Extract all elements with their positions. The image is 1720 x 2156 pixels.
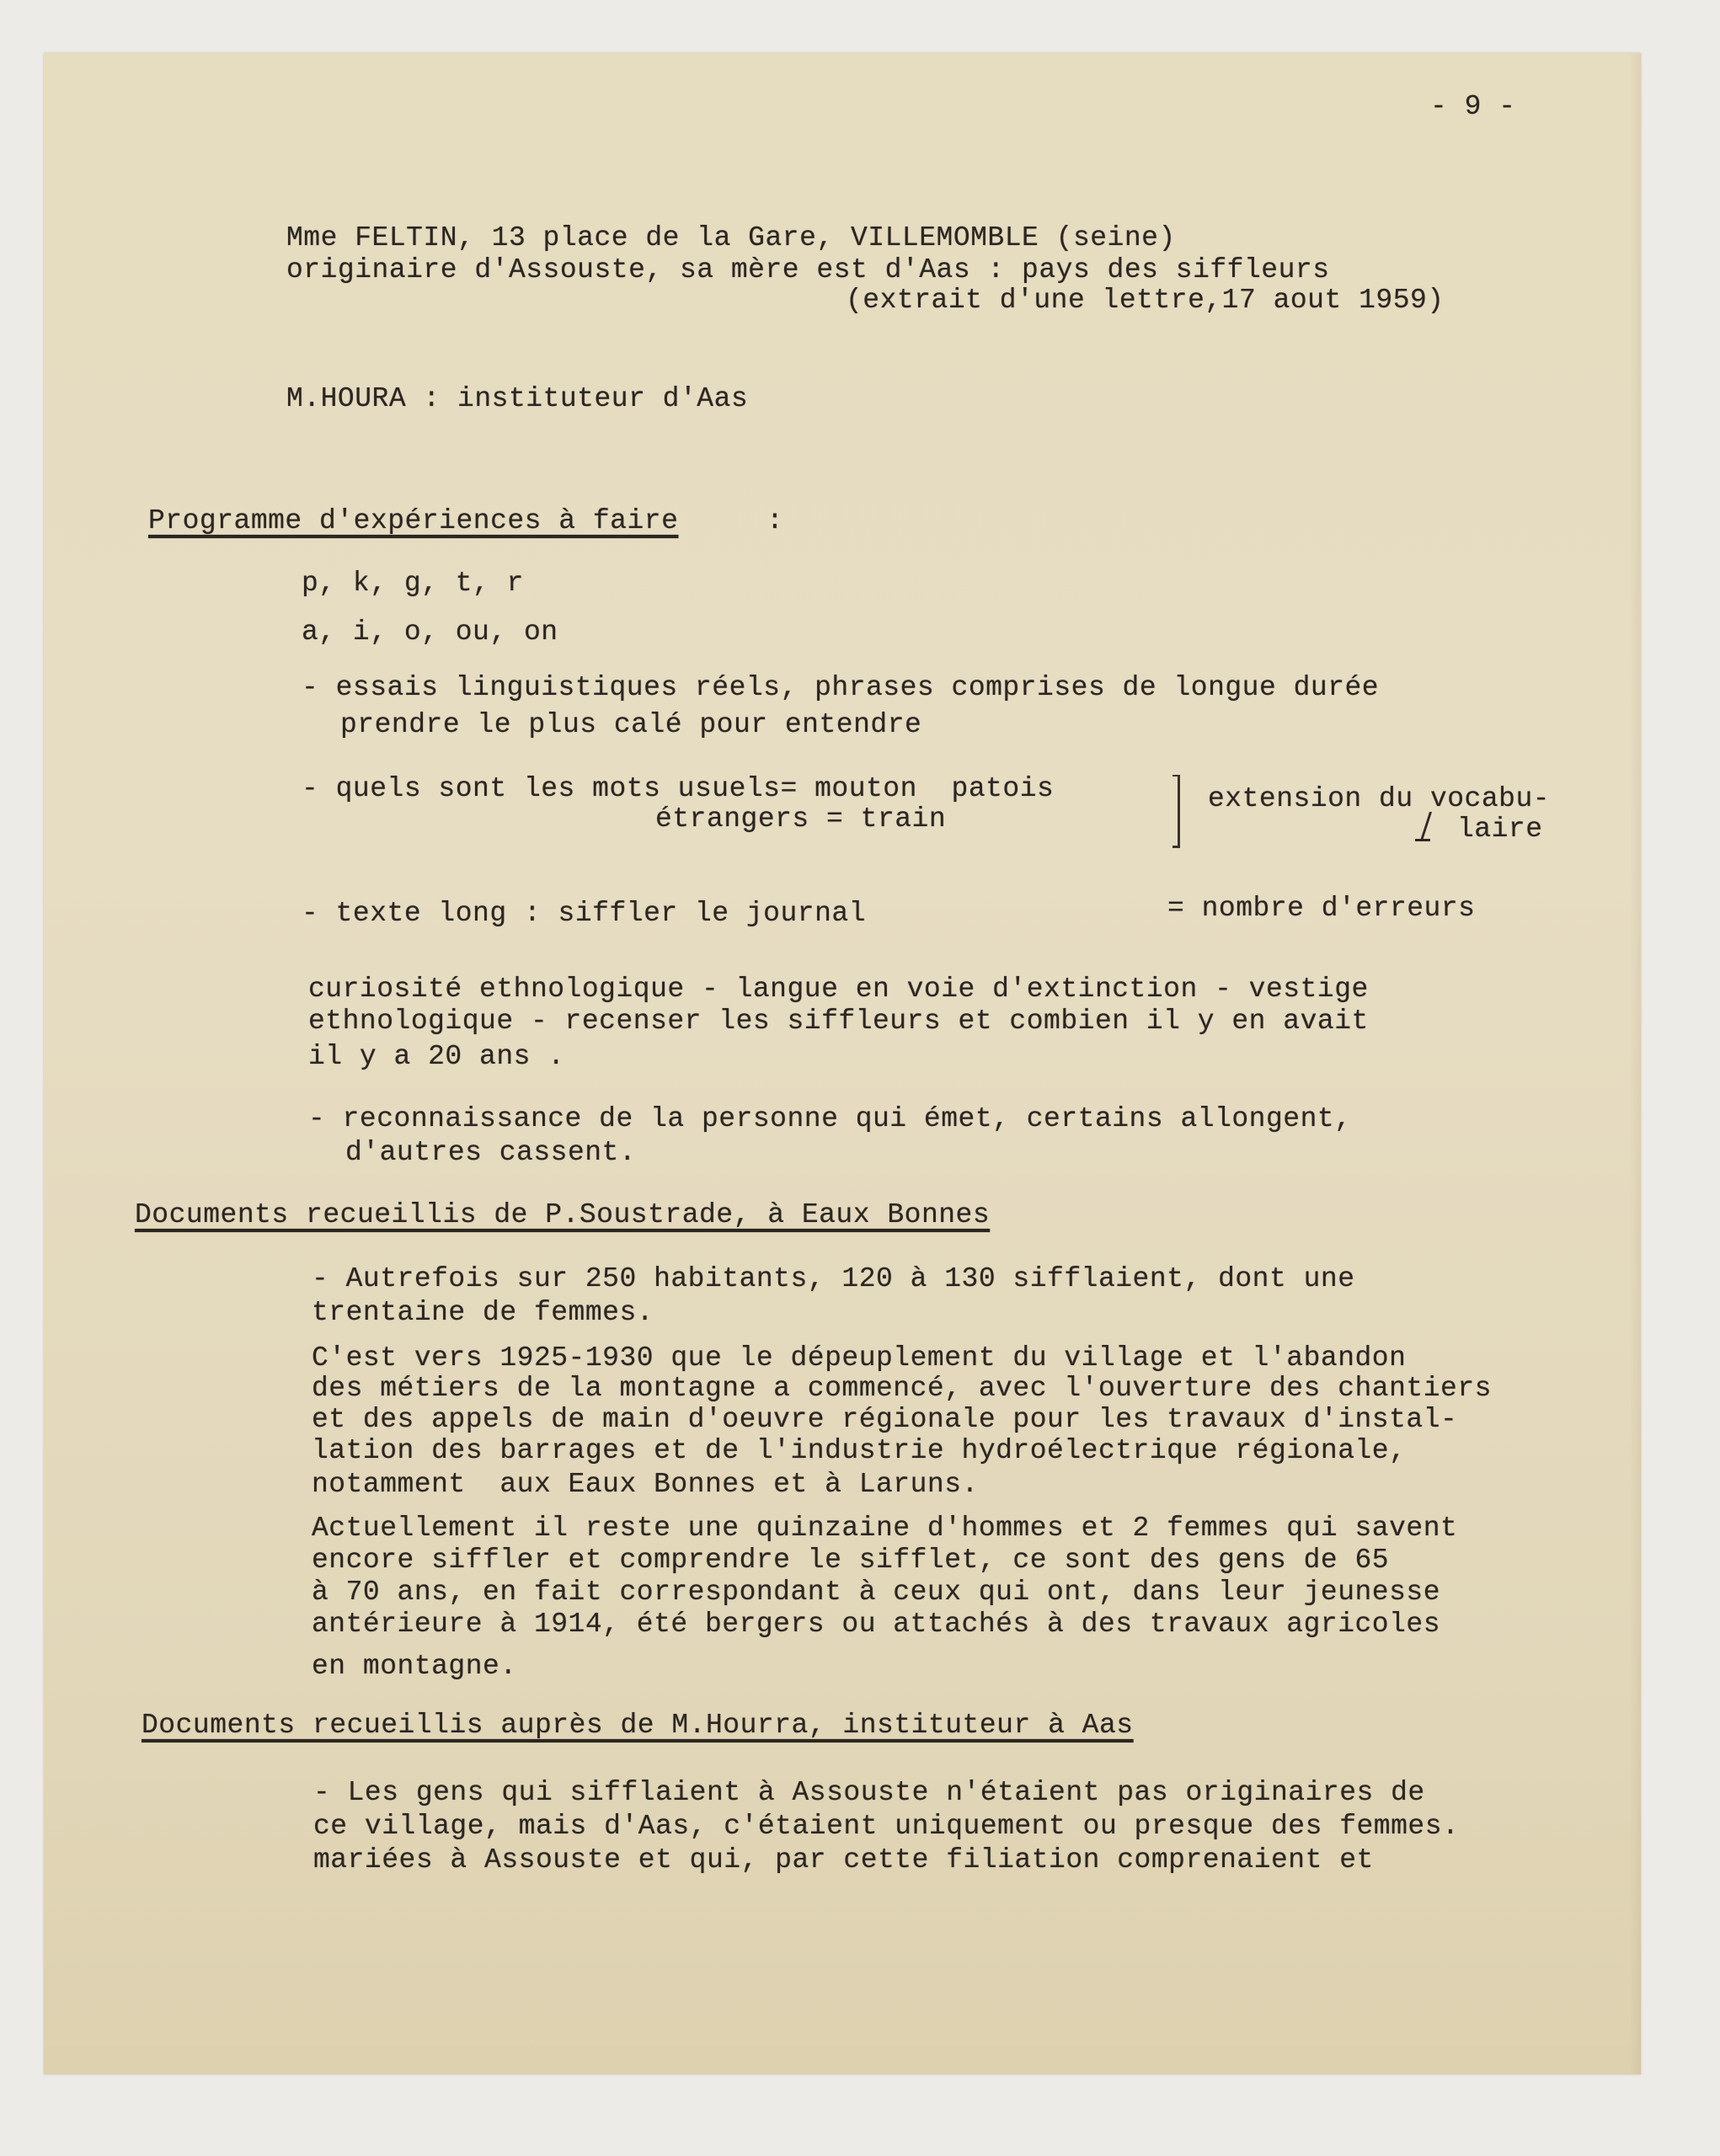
soustrade-p1-line-1: - Autrefois sur 250 habitants, 120 à 130… [312, 1263, 1355, 1295]
typewritten-page [44, 53, 1641, 2074]
programme-heading-colon: : [767, 505, 783, 537]
soustrade-p2-line-1: C'est vers 1925-1930 que le dépeuplement… [312, 1342, 1406, 1374]
address-line: Mme FELTIN, 13 place de la Gare, VILLEMO… [286, 222, 1176, 254]
ethnology-paragraph-line-2: ethnologique - recenser les siffleurs et… [308, 1006, 1369, 1038]
soustrade-p3-line-5: en montagne. [312, 1651, 517, 1683]
programme-item-4-line-2: d'autres cassent. [345, 1137, 636, 1169]
soustrade-p3-line-2: encore siffler et comprendre le sifflet,… [312, 1545, 1389, 1577]
hourra-heading: Documents recueillis auprès de M.Hourra,… [142, 1710, 1134, 1742]
programme-item-2-line-1: - quels sont les mots usuels= mouton pat… [302, 773, 1054, 805]
soustrade-p3-line-4: antérieure à 1914, été bergers ou attach… [312, 1609, 1440, 1641]
programme-item-2-line-2: étrangers = train [655, 803, 946, 835]
soustrade-p2-line-5: notamment aux Eaux Bonnes et à Laruns. [312, 1469, 979, 1501]
programme-item-2-note-line-1: extension du vocabu- [1208, 783, 1550, 815]
soustrade-p2-line-2: des métiers de la montagne a commencé, a… [312, 1373, 1492, 1405]
hourra-p1-line-2: ce village, mais d'Aas, c'étaient unique… [313, 1811, 1459, 1843]
page-number: - 9 - [1430, 91, 1516, 123]
soustrade-p3-line-1: Actuellement il reste une quinzaine d'ho… [312, 1513, 1457, 1545]
ethnology-paragraph-line-1: curiosité ethnologique - langue en voie … [308, 974, 1369, 1006]
soustrade-p1-line-2: trentaine de femmes. [312, 1297, 654, 1329]
programme-item-4-line-1: - reconnaissance de la personne qui émet… [308, 1103, 1352, 1135]
programme-item-1-line-1: - essais linguistiques réels, phrases co… [302, 672, 1379, 704]
programme-heading: Programme d'expériences à faire [148, 505, 678, 537]
vowels-list: a, i, o, ou, on [302, 616, 558, 648]
hourra-p1-line-1: - Les gens qui sifflaient à Assouste n'é… [313, 1777, 1425, 1809]
handwritten-angle-mark [1415, 814, 1430, 841]
hourra-p1-line-3: mariées à Assouste et qui, par cette fil… [313, 1844, 1374, 1876]
soustrade-p3-line-3: à 70 ans, en fait correspondant à ceux q… [312, 1577, 1440, 1609]
programme-item-3: - texte long : siffler le journal [302, 898, 866, 930]
programme-item-2-note-line-2: laire [1457, 814, 1543, 846]
source-line: (extrait d'une lettre,17 aout 1959) [846, 285, 1445, 317]
soustrade-heading: Documents recueillis de P.Soustrade, à E… [135, 1199, 990, 1231]
ethnology-paragraph-line-3: il y a 20 ans . [308, 1041, 565, 1073]
soustrade-p2-line-4: lation des barrages et de l'industrie hy… [312, 1435, 1406, 1467]
teacher-line: M.HOURA : instituteur d'Aas [286, 383, 748, 415]
origin-line: originaire d'Assouste, sa mère est d'Aas… [286, 254, 1330, 286]
consonants-list: p, k, g, t, r [302, 568, 524, 600]
bracket-mark [1172, 775, 1180, 848]
soustrade-p2-line-3: et des appels de main d'oeuvre régionale… [312, 1404, 1457, 1436]
programme-item-1-line-2: prendre le plus calé pour entendre [340, 709, 921, 741]
programme-item-3-note: = nombre d'erreurs [1167, 893, 1475, 925]
